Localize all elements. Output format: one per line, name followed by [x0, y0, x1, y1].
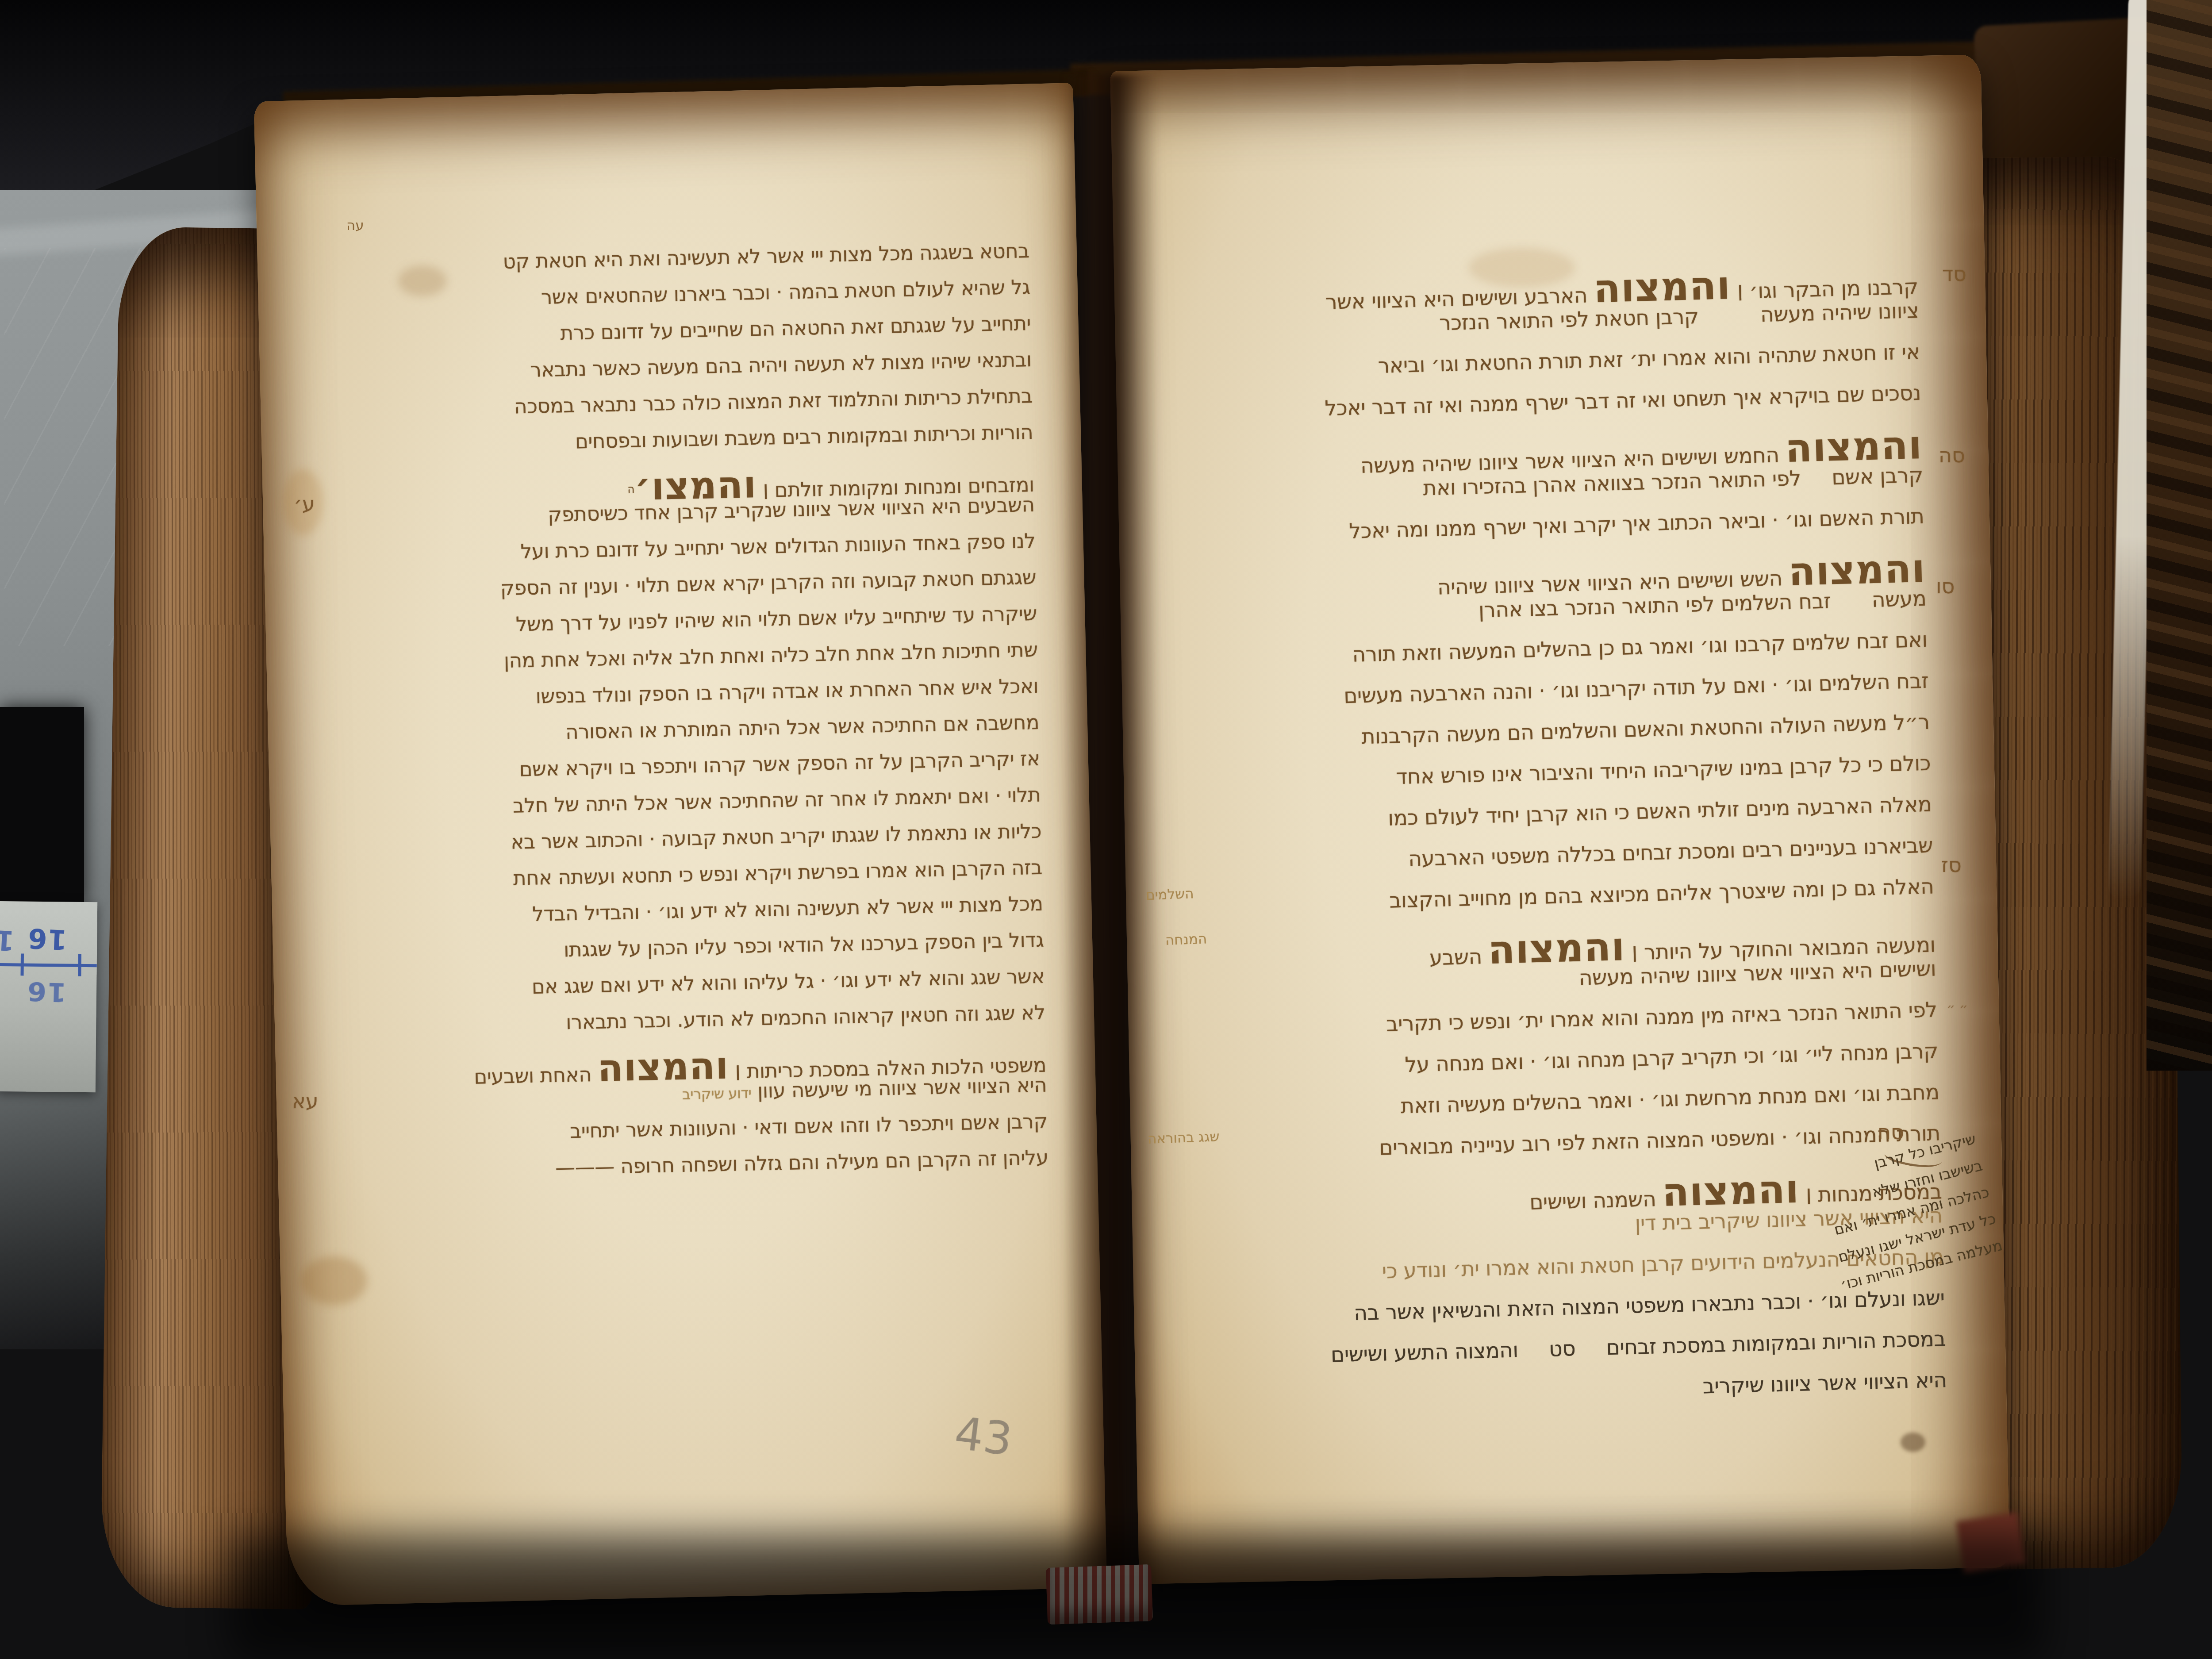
- catchword-shegagah: שגג בהוראה: [1147, 1129, 1220, 1147]
- left-superscript-note: עה: [346, 218, 364, 234]
- ruler-number-top: 16: [27, 922, 68, 956]
- catchword-shelamim: השלמים: [1145, 886, 1194, 903]
- manuscript-photo: 1 16 16 עה בחטא בשגגה מכל מצות ייי אשר ל…: [0, 0, 2212, 1659]
- book-bottom-shadow: [230, 1535, 2044, 1659]
- folio-number-pencil: 43: [952, 1407, 1015, 1467]
- ruler-tick: [78, 954, 81, 976]
- ruler-number-bottom: 16: [26, 976, 67, 1008]
- scale-ruler-card: 1 16 16: [0, 901, 97, 1092]
- ruler-tick: [20, 953, 24, 975]
- margin-number-65: סה: [1939, 443, 1965, 467]
- margin-tick-marks: ״ ״: [1947, 1001, 1968, 1016]
- catchword-minchah: המנחה: [1165, 931, 1207, 948]
- paper-stain: [301, 1256, 367, 1305]
- margin-number-70: ע׳: [294, 492, 315, 516]
- margin-number-71: עא: [292, 1089, 319, 1113]
- page-gutter: [1063, 74, 1159, 1592]
- ruler-number-partial: 1: [0, 924, 15, 957]
- margin-number-67: סז: [1941, 853, 1962, 877]
- leather-cover-right: [2147, 0, 2212, 1071]
- ruler-scale-line: [0, 963, 97, 967]
- margin-number-68: סח: [1878, 1120, 1904, 1144]
- left-page-textblock: בחטא בשגגה מכל מצות ייי אשר לא תעשינה וא…: [335, 239, 1048, 1196]
- margin-number-64: סד: [1942, 262, 1966, 286]
- margin-number-66: סו: [1936, 574, 1955, 598]
- ink-spot: [1901, 1432, 1925, 1452]
- dark-slab-under-glass: [0, 707, 84, 905]
